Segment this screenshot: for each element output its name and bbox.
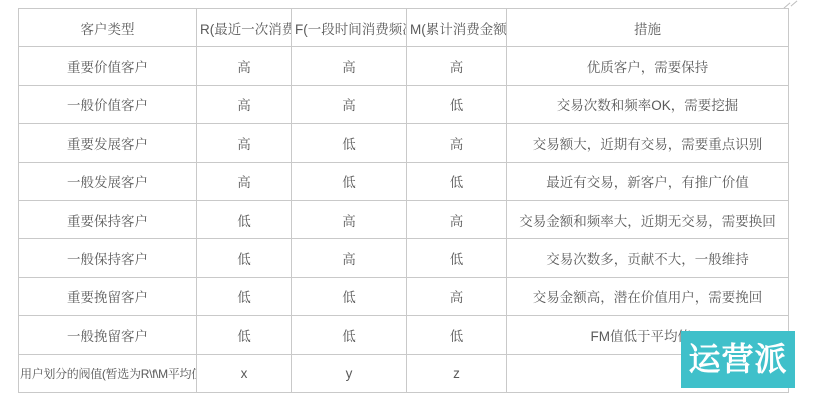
column-header: M(累计消费金额) [407,9,507,47]
table-row: 一般保持客户低高低交易次数多，贡献不大，一般维持 [19,239,789,277]
table-cell: 高 [292,239,407,277]
table-cell: 低 [407,85,507,123]
row-label-cell: 用户划分的阀值(暂选为R\f\M平均值) [19,354,197,392]
table-cell: 交易额大，近期有交易，需要重点识别 [507,124,789,162]
watermark-text: 运营派 [688,343,787,375]
table-cell: 优质客户，需要保持 [507,47,789,85]
table-cell: 低 [407,162,507,200]
table-cell: 低 [292,124,407,162]
table-cell: 高 [197,47,292,85]
table-cell: 交易金额和频率大，近期无交易，需要换回 [507,200,789,238]
column-header: 客户类型 [19,9,197,47]
table-cell: 低 [292,277,407,315]
table-row: 重要挽留客户低低高交易金额高，潜在价值用户，需要挽回 [19,277,789,315]
table-row: 一般发展客户高低低最近有交易，新客户，有推广价值 [19,162,789,200]
table-cell: 低 [197,316,292,354]
table-cell: 低 [197,239,292,277]
table-cell: 高 [407,124,507,162]
table-cell: 低 [197,200,292,238]
table-cell: y [292,354,407,392]
rfm-table: 客户类型R(最近一次消费)F(一段时间消费频次)M(累计消费金额)措施 重要价值… [18,8,789,393]
corner-tick-mark [791,1,798,7]
table-cell: 高 [407,200,507,238]
table-cell: 最近有交易，新客户，有推广价值 [507,162,789,200]
table-row: 重要保持客户低高高交易金额和频率大，近期无交易，需要换回 [19,200,789,238]
row-label-cell: 重要发展客户 [19,124,197,162]
table-cell: 高 [407,277,507,315]
watermark-logo: 运营派 [681,331,795,388]
row-label-cell: 重要保持客户 [19,200,197,238]
table-row: 重要发展客户高低高交易额大，近期有交易，需要重点识别 [19,124,789,162]
row-label-cell: 一般挽留客户 [19,316,197,354]
table-cell: 高 [407,47,507,85]
table-row: 一般挽留客户低低低FM值低于平均值， [19,316,789,354]
row-label-cell: 重要挽留客户 [19,277,197,315]
row-label-cell: 一般发展客户 [19,162,197,200]
table-row: 一般价值客户高高低交易次数和频率OK，需要挖掘 [19,85,789,123]
column-header: R(最近一次消费) [197,9,292,47]
table-cell: 低 [407,239,507,277]
table-cell: 交易次数和频率OK，需要挖掘 [507,85,789,123]
table-cell: 低 [292,316,407,354]
table-cell: 高 [197,124,292,162]
table-cell: 高 [292,85,407,123]
table-row: 用户划分的阀值(暂选为R\f\M平均值)xyz [19,354,789,392]
page: 客户类型R(最近一次消费)F(一段时间消费频次)M(累计消费金额)措施 重要价值… [0,0,823,410]
column-header: F(一段时间消费频次) [292,9,407,47]
table-row: 重要价值客户高高高优质客户，需要保持 [19,47,789,85]
table-cell: z [407,354,507,392]
row-label-cell: 一般价值客户 [19,85,197,123]
table-cell: 交易次数多，贡献不大，一般维持 [507,239,789,277]
table-cell: 高 [197,85,292,123]
column-header: 措施 [507,9,789,47]
table-cell: 高 [292,47,407,85]
table-cell: 低 [407,316,507,354]
row-label-cell: 一般保持客户 [19,239,197,277]
table-cell: 低 [292,162,407,200]
table-cell: x [197,354,292,392]
table-cell: 交易金额高，潜在价值用户，需要挽回 [507,277,789,315]
table-header-row: 客户类型R(最近一次消费)F(一段时间消费频次)M(累计消费金额)措施 [19,9,789,47]
row-label-cell: 重要价值客户 [19,47,197,85]
table-cell: 高 [292,200,407,238]
table-cell: 高 [197,162,292,200]
table-cell: 低 [197,277,292,315]
